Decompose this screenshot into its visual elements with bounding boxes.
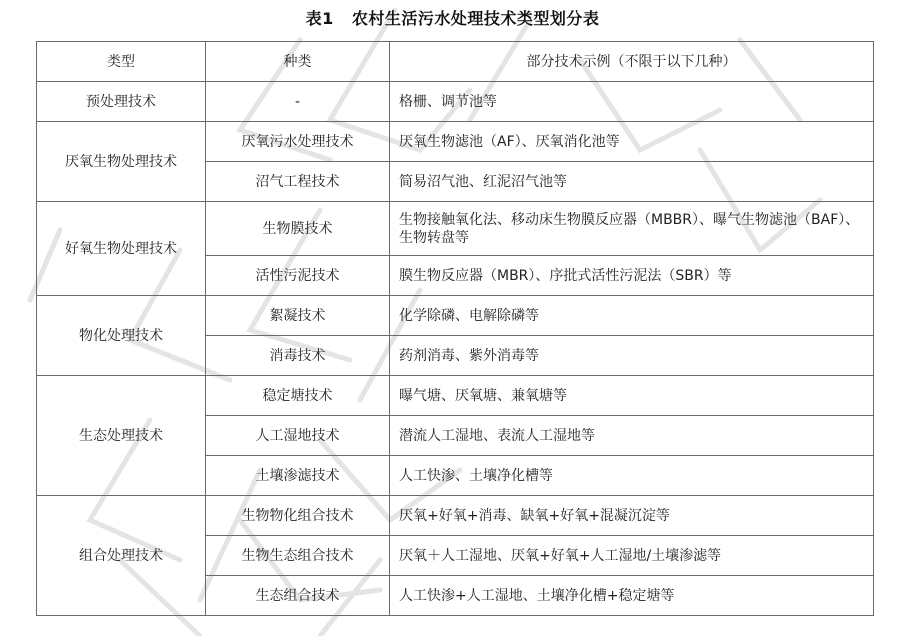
kind-cell: 生物生态组合技术 (206, 536, 390, 576)
kind-cell: 活性污泥技术 (206, 256, 390, 296)
table-number: 表1 (306, 9, 334, 28)
table-row: 预处理技术 - 格栅、调节池等 (37, 82, 874, 122)
kind-cell: 生物膜技术 (206, 202, 390, 256)
table-row: 生态处理技术 稳定塘技术 曝气塘、厌氧塘、兼氧塘等 (37, 376, 874, 416)
kind-cell: 生物物化组合技术 (206, 496, 390, 536)
category-cell: 好氧生物处理技术 (37, 202, 206, 296)
kind-cell: 絮凝技术 (206, 296, 390, 336)
table-title: 农村生活污水处理技术类型划分表 (352, 9, 600, 28)
table-row: 组合处理技术 生物物化组合技术 厌氧+好氧+消毒、缺氧+好氧+混凝沉淀等 (37, 496, 874, 536)
header-category: 类型 (37, 42, 206, 82)
header-kind: 种类 (206, 42, 390, 82)
kind-cell: 人工湿地技术 (206, 416, 390, 456)
category-cell: 预处理技术 (37, 82, 206, 122)
examples-cell: 人工快渗+人工湿地、土壤净化槽+稳定塘等 (390, 576, 874, 616)
examples-cell: 人工快渗、土壤净化槽等 (390, 456, 874, 496)
kind-cell: 沼气工程技术 (206, 162, 390, 202)
kind-cell: 厌氧污水处理技术 (206, 122, 390, 162)
examples-cell: 厌氧＋人工湿地、厌氧+好氧+人工湿地/土壤渗滤等 (390, 536, 874, 576)
kind-cell: 稳定塘技术 (206, 376, 390, 416)
category-cell: 生态处理技术 (37, 376, 206, 496)
category-cell: 物化处理技术 (37, 296, 206, 376)
examples-cell: 曝气塘、厌氧塘、兼氧塘等 (390, 376, 874, 416)
kind-cell: - (206, 82, 390, 122)
examples-cell: 潜流人工湿地、表流人工湿地等 (390, 416, 874, 456)
header-row: 类型 种类 部分技术示例（不限于以下几种） (37, 42, 874, 82)
examples-cell: 简易沼气池、红泥沼气池等 (390, 162, 874, 202)
examples-cell: 膜生物反应器（MBR）、序批式活性污泥法（SBR）等 (390, 256, 874, 296)
examples-cell: 生物接触氧化法、移动床生物膜反应器（MBBR）、曝气生物滤池（BAF）、生物转盘… (390, 202, 874, 256)
header-examples: 部分技术示例（不限于以下几种） (390, 42, 874, 82)
category-cell: 厌氧生物处理技术 (37, 122, 206, 202)
examples-cell: 厌氧+好氧+消毒、缺氧+好氧+混凝沉淀等 (390, 496, 874, 536)
table-row: 厌氧生物处理技术 厌氧污水处理技术 厌氧生物滤池（AF）、厌氧消化池等 (37, 122, 874, 162)
technology-classification-table: 类型 种类 部分技术示例（不限于以下几种） 预处理技术 - 格栅、调节池等 厌氧… (36, 41, 874, 616)
examples-cell: 药剂消毒、紫外消毒等 (390, 336, 874, 376)
examples-cell: 格栅、调节池等 (390, 82, 874, 122)
examples-cell: 厌氧生物滤池（AF）、厌氧消化池等 (390, 122, 874, 162)
table-row: 好氧生物处理技术 生物膜技术 生物接触氧化法、移动床生物膜反应器（MBBR）、曝… (37, 202, 874, 256)
examples-cell: 化学除磷、电解除磷等 (390, 296, 874, 336)
kind-cell: 生态组合技术 (206, 576, 390, 616)
category-cell: 组合处理技术 (37, 496, 206, 616)
kind-cell: 土壤渗滤技术 (206, 456, 390, 496)
kind-cell: 消毒技术 (206, 336, 390, 376)
table-row: 物化处理技术 絮凝技术 化学除磷、电解除磷等 (37, 296, 874, 336)
table-caption: 表1农村生活污水处理技术类型划分表 (0, 6, 905, 29)
